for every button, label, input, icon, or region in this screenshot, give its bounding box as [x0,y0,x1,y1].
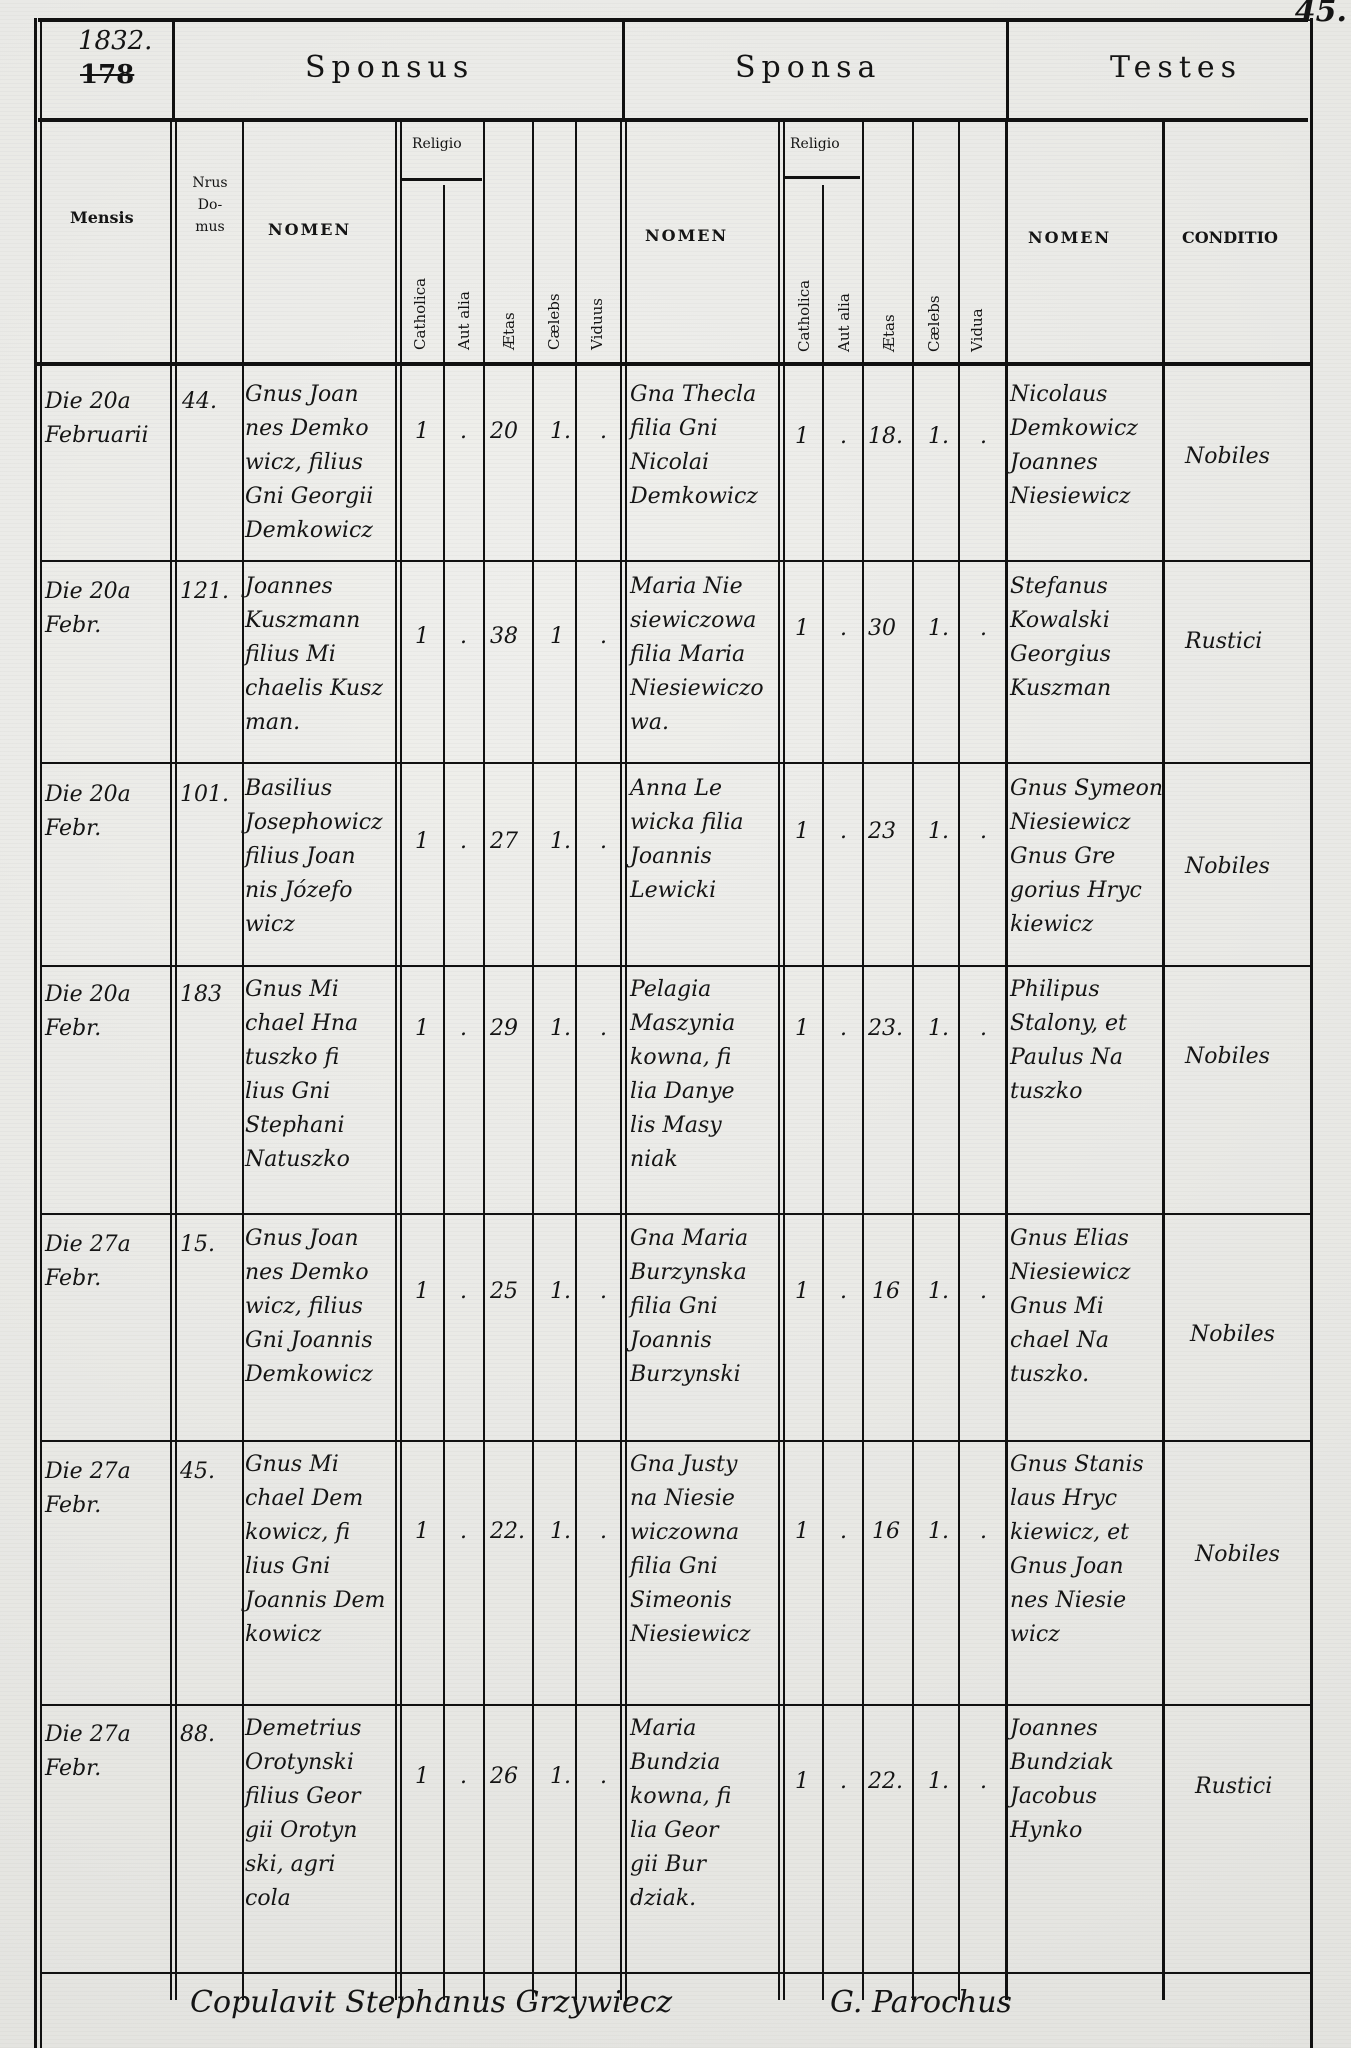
sponsa-aut-alia: . [840,815,847,849]
sponsa-vidua: . [980,815,987,849]
nrus-domus: 88. [180,1718,215,1752]
sponsus-aut-alia: . [460,1012,467,1046]
header-sponsus-religio: Religio [412,136,462,152]
left-border [34,18,37,2048]
sponsus-viduus: . [600,620,607,654]
nrus-domus: 15. [180,1228,215,1262]
col-line-testes-nomen [1162,120,1165,2000]
header-do: Do- [180,194,240,216]
col-line-sa-nomen-left [625,120,627,2000]
header-sponsa-vidua: Vidua [968,308,986,352]
testes-nomen: NicolausDemkowiczJoannesNiesiewicz [1010,378,1138,514]
header-sponsa-catholica: Catholica [795,280,813,352]
sponsa-caelebs: 1. [928,1765,949,1799]
sponsa-aetas: 30 [868,612,896,646]
sponsus-viduus: . [600,1760,607,1794]
sponsus-aetas: 20 [490,415,518,449]
sponsa-aut-alia: . [840,1012,847,1046]
sponsus-aut-alia: . [460,1760,467,1794]
header-sponsus-aut-alia: Aut alia [455,291,473,350]
row-divider-1 [40,560,1310,562]
sponsus-viduus: . [600,825,607,859]
sponsa-caelebs: 1. [928,1012,949,1046]
header-conditio: CONDITIO [1182,228,1278,247]
mensis: Die 20aFebr. [45,575,131,643]
parochus-signature: G. Parochus [830,1985,1012,2020]
sponsa-nomen: Gna Theclafilia GniNicolaiDemkowicz [630,378,758,514]
sponsa-aut-alia: . [840,612,847,646]
sponsus-aetas: 29 [490,1012,518,1046]
sponsa-catholica: 1 [795,1515,809,1549]
testes-nomen: PhilipusStalony, etPaulus Natuszko [1010,973,1127,1109]
testes-nomen: JoannesBundziakJacobusHynko [1010,1712,1114,1848]
header-sponsus-aetas: Ætas [500,312,518,350]
header-sponsa-aut-alia: Aut alia [835,293,853,352]
title-row-border [38,118,1308,122]
mensis: Die 20aFebr. [45,978,131,1046]
col-line-sp-aetas [532,120,534,2000]
sponsus-aut-alia: . [460,620,467,654]
col-line-mensis [170,120,172,2000]
sponsus-catholica: 1 [415,415,429,449]
header-sponsus-catholica: Catholica [411,278,429,350]
mensis: Die 20aFebr. [45,778,131,846]
mensis: Die 27aFebr. [45,1718,131,1786]
testes-nomen: StefanusKowalskiGeorgiusKuszman [1010,570,1111,706]
col-line-sa-aetas [912,120,914,2000]
header-sponsa-religio: Religio [790,136,840,152]
sponsa-aetas: 23. [868,1012,903,1046]
sponsus-caelebs: 1. [550,1012,571,1046]
sponsus-sponsa-divider-top [622,22,625,120]
sponsa-catholica: 1 [795,1765,809,1799]
conditio: Nobiles [1195,1538,1280,1572]
sponsus-nomen: BasiliusJosephowiczfilius Joannis Józefo… [245,772,383,942]
sponsus-nomen: JoannesKuszmannfilius Michaelis Kuszman. [245,570,383,740]
sponsus-aut-alia: . [460,1515,467,1549]
sponsa-nomen: MariaBundziakowna, filia Georgii Burdzia… [630,1712,731,1916]
sponsus-nomen: Gnus Joannes Demkowicz, filiusGni Georgi… [245,378,373,548]
sponsus-religio-underline [400,178,482,181]
sponsus-viduus: . [600,415,607,449]
sponsus-caelebs: 1. [550,825,571,859]
year-label: 1832. [78,26,152,56]
sponsus-catholica: 1 [415,1515,429,1549]
header-nrus: Nrus [180,172,240,194]
sponsa-nomen: Gna MariaBurzynskafilia GniJoannisBurzyn… [630,1222,748,1392]
sponsus-viduus: . [600,1012,607,1046]
testes-nomen: Gnus EliasNiesiewiczGnus Michael Natuszk… [1010,1222,1130,1392]
row-divider-6 [40,1704,1310,1706]
sponsa-aetas: 22. [868,1765,903,1799]
col-line-sa-caelebs [958,120,960,2000]
sponsa-aetas: 16 [872,1515,900,1549]
sponsa-catholica: 1 [795,420,809,454]
sponsa-aetas: 16 [872,1275,900,1309]
sponsa-catholica: 1 [795,815,809,849]
left-border-inner [40,18,42,2048]
right-border [1310,18,1313,2048]
col-line-sponsus-nomen [395,120,397,2000]
sponsus-caelebs: 1. [550,1515,571,1549]
sponsus-aetas: 25 [490,1275,518,1309]
header-nrus-domus: Nrus Do- mus [180,172,240,238]
conditio: Rustici [1195,1770,1272,1804]
header-sponsa-caelebs: Cælebs [925,295,943,352]
mensis: Die 27aFebr. [45,1455,131,1523]
sponsus-viduus: . [600,1275,607,1309]
sponsa-aut-alia: . [840,1765,847,1799]
col-line-sa-alia [862,120,864,2000]
nrus-domus: 45. [180,1455,215,1489]
sponsus-nomen: Gnus Michael Hnatuszko filius GniStephan… [245,973,358,1177]
conditio: Nobiles [1185,1040,1270,1074]
sponsa-catholica: 1 [795,612,809,646]
header-sponsa-nomen: NOMEN [645,226,728,245]
col-line-domus [242,120,244,2000]
sponsa-catholica: 1 [795,1275,809,1309]
sponsus-caelebs: 1. [550,415,571,449]
nrus-domus: 121. [180,575,229,609]
sponsa-nomen: Anna Lewicka filiaJoannisLewicki [630,772,744,908]
header-sponsus-viduus: Viduus [588,298,606,350]
row-divider-5 [40,1440,1310,1442]
header-sponsa-aetas: Ætas [880,314,898,352]
testes-nomen: Gnus SymeonNiesiewiczGnus Gregorius Hryc… [1010,772,1163,942]
sponsus-aetas: 22. [490,1515,525,1549]
sponsa-aut-alia: . [840,1275,847,1309]
conditio: Nobiles [1190,1318,1275,1352]
register-page: 45. 1832. 178 Sponsus Sponsa Testes Mens… [0,0,1351,2048]
col-line-sa-nomen [778,120,780,2000]
col-line-mensis-2 [175,120,177,2000]
sponsus-aetas: 27 [490,825,518,859]
sponsa-catholica: 1 [795,1012,809,1046]
sponsa-vidua: . [980,1515,987,1549]
conditio: Rustici [1185,625,1262,659]
row-divider-4 [40,1213,1310,1215]
sponsus-aut-alia: . [460,415,467,449]
sponsa-aut-alia: . [840,1515,847,1549]
sponsa-aut-alia: . [840,420,847,454]
testes-nomen: Gnus Stanislaus Hryckiewicz, etGnus Joan… [1010,1448,1144,1652]
mensis: Die 20aFebruarii [45,385,149,453]
nrus-domus: 183 [180,978,222,1012]
sponsus-aetas: 26 [490,1760,518,1794]
sponsa-nomen: Maria Niesiewiczowafilia MariaNiesiewicz… [630,570,764,740]
sponsa-caelebs: 1. [928,815,949,849]
sponsa-caelebs: 1. [928,420,949,454]
header-mus: mus [180,216,240,238]
sponsus-catholica: 1 [415,825,429,859]
sponsa-caelebs: 1. [928,1275,949,1309]
sponsa-vidua: . [980,612,987,646]
nrus-domus: 44. [182,385,217,419]
sponsa-nomen: PelagiaMaszyniakowna, filia Danyelis Mas… [630,973,735,1177]
nrus-domus: 101. [180,778,229,812]
conditio: Nobiles [1185,440,1270,474]
year-struck-label: 178 [80,60,134,90]
sponsa-aetas: 18. [868,420,903,454]
sponsus-caelebs: 1. [550,1275,571,1309]
sponsa-vidua: . [980,1012,987,1046]
year-box-right [172,22,175,120]
sponsus-aut-alia: . [460,1275,467,1309]
year-box: 1832. 178 [40,20,170,100]
sponsa-religio-underline [785,176,860,179]
sponsa-vidua: . [980,1275,987,1309]
header-sponsus-nomen: NOMEN [268,220,351,239]
sponsa-testes-divider-top [1006,22,1009,120]
sponsus-aetas: 38 [490,620,518,654]
sponsa-vidua: . [980,1765,987,1799]
row-divider-7 [40,1972,1310,1974]
sponsa-aetas: 23 [868,815,896,849]
sponsus-catholica: 1 [415,620,429,654]
page-number: 45. [1295,0,1347,29]
sponsus-catholica: 1 [415,1760,429,1794]
sponsus-catholica: 1 [415,1275,429,1309]
sponsus-viduus: . [600,1515,607,1549]
col-line-sa-nomen-2 [783,120,785,2000]
col-line-sa-vidua [1005,120,1008,2000]
sponsa-nomen: Gna Justyna Niesiewiczownafilia GniSimeo… [630,1448,750,1652]
sponsus-caelebs: 1. [550,1760,571,1794]
header-testes-nomen: NOMEN [1028,228,1111,247]
sponsa-caelebs: 1. [928,612,949,646]
col-line-sponsus-nomen-2 [400,120,402,2000]
sponsa-caelebs: 1. [928,1515,949,1549]
sponsus-nomen: DemetriusOrotynskifilius Georgii Orotyns… [245,1712,361,1916]
sponsus-nomen: Gnus Joannes Demkowicz, filiusGni Joanni… [245,1222,373,1392]
conditio: Nobiles [1185,850,1270,884]
row-divider-2 [40,762,1310,764]
header-mensis: Mensis [70,208,134,227]
sponsus-aut-alia: . [460,825,467,859]
col-line-sa-cath [822,185,824,2000]
row-divider-3 [40,965,1310,967]
col-line-sp-cath [443,185,445,2000]
sponsus-title: Sponsus [305,50,474,85]
mensis: Die 27aFebr. [45,1228,131,1296]
sponsa-title: Sponsa [735,50,881,85]
col-line-sp-caelebs [575,120,577,2000]
copulavit-signature: Copulavit Stephanus Grzywiecz [190,1985,672,2020]
sponsa-vidua: . [980,420,987,454]
header-sponsus-caelebs: Cælebs [545,293,563,350]
col-line-sp-alia [483,120,485,2000]
header-bottom-border [35,362,1310,366]
sponsus-nomen: Gnus Michael Demkowicz, filius GniJoanni… [245,1448,385,1652]
testes-title: Testes [1110,50,1242,85]
sponsus-catholica: 1 [415,1012,429,1046]
sponsus-caelebs: 1 [550,620,564,654]
top-border [38,18,1308,22]
col-line-sp-viduus [620,120,622,2000]
